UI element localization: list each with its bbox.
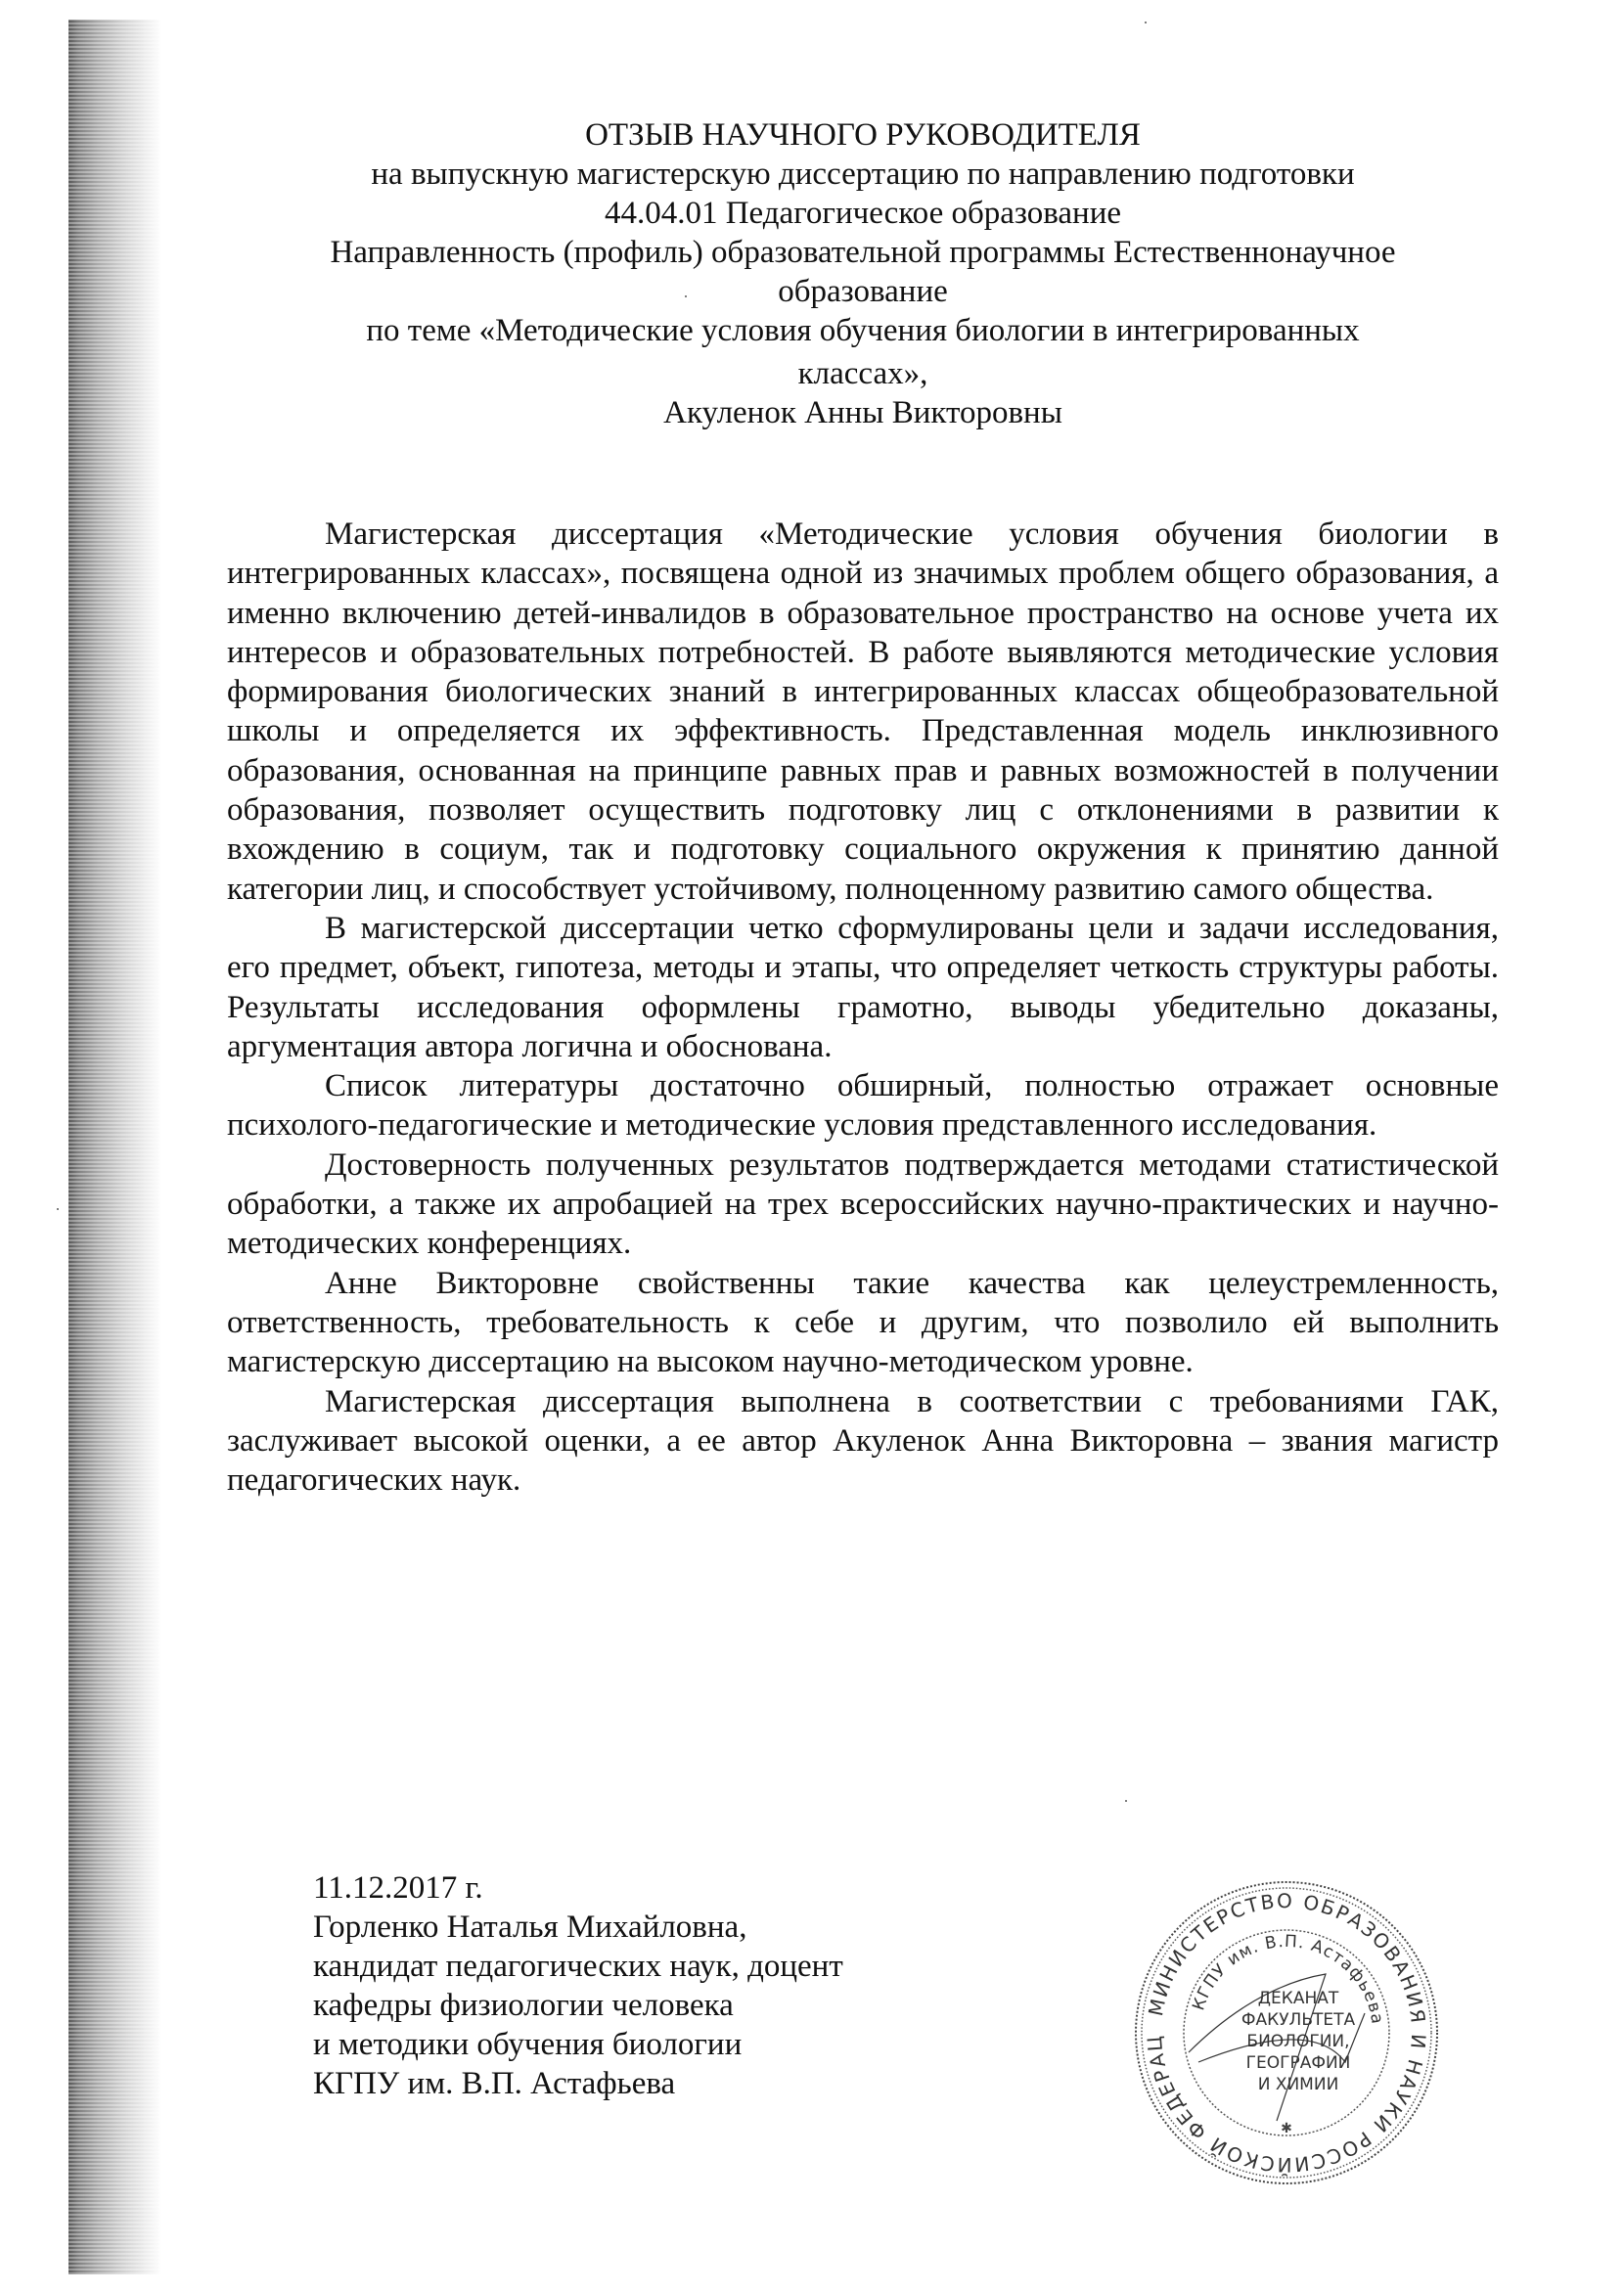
document-title: ОТЗЫВ НАУЧНОГО РУКОВОДИТЕЛЯ: [227, 115, 1499, 155]
scan-speck: [57, 1208, 59, 1210]
scan-speck: [1125, 1800, 1127, 1802]
stamp-seal-icon: МИНИСТЕРСТВО ОБРАЗОВАНИЯ И НАУКИ РОССИЙС…: [1130, 1876, 1443, 2189]
scan-speck: [1145, 22, 1147, 23]
signatory-position: и методики обучения биологии: [313, 2025, 998, 2064]
signatory-position: кафедры физиологии человека: [313, 1986, 998, 2025]
signatory-position: кандидат педагогических наук, доцент: [313, 1947, 998, 1986]
stamp-center-line: ДЕКАНАТ: [1258, 1989, 1339, 2008]
stamp-center-line: БИОЛОГИИ,: [1246, 2032, 1349, 2051]
signature-block: 11.12.2017 г. Горленко Наталья Михайловн…: [313, 1868, 998, 2103]
document-header: ОТЗЫВ НАУЧНОГО РУКОВОДИТЕЛЯ на выпускную…: [227, 115, 1499, 432]
signatory-position: КГПУ им. В.П. Астафьева: [313, 2064, 998, 2103]
signatory-name: Горленко Наталья Михайловна,: [313, 1908, 998, 1947]
paragraph: Магистерская диссертация «Методические у…: [227, 515, 1499, 909]
paragraph: Магистерская диссертация выполнена в соо…: [227, 1382, 1499, 1501]
student-name: Акуленок Анны Викторовны: [227, 393, 1499, 432]
header-line: 44.04.01 Педагогическое образование: [227, 194, 1499, 233]
stamp-center-line: И ХИМИИ: [1258, 2075, 1339, 2094]
paragraph: Анне Викторовне свойственны такие качест…: [227, 1264, 1499, 1382]
paragraph: Список литературы достаточно обширный, п…: [227, 1066, 1499, 1146]
svg-text:✱: ✱: [1281, 2122, 1292, 2136]
review-body: Магистерская диссертация «Методические у…: [227, 515, 1499, 1500]
document-page: ОТЗЫВ НАУЧНОГО РУКОВОДИТЕЛЯ на выпускную…: [0, 0, 1624, 2292]
header-line: на выпускную магистерскую диссертацию по…: [227, 155, 1499, 194]
stamp-center-line: ФАКУЛЬТЕТА: [1241, 2010, 1356, 2030]
header-line: по теме «Методические условия обучения б…: [227, 311, 1499, 350]
scan-speck: [685, 295, 687, 297]
paragraph: Достоверность полученных результатов под…: [227, 1146, 1499, 1264]
header-line: образование: [227, 272, 1499, 311]
signature-date: 11.12.2017 г.: [313, 1868, 998, 1908]
header-line: классах»,: [227, 354, 1499, 393]
header-line: Направленность (профиль) образовательной…: [227, 233, 1499, 272]
official-stamp: МИНИСТЕРСТВО ОБРАЗОВАНИЯ И НАУКИ РОССИЙС…: [1130, 1876, 1443, 2189]
paragraph: В магистерской диссертации четко сформул…: [227, 909, 1499, 1066]
scan-edge-shadow: [68, 20, 161, 2274]
